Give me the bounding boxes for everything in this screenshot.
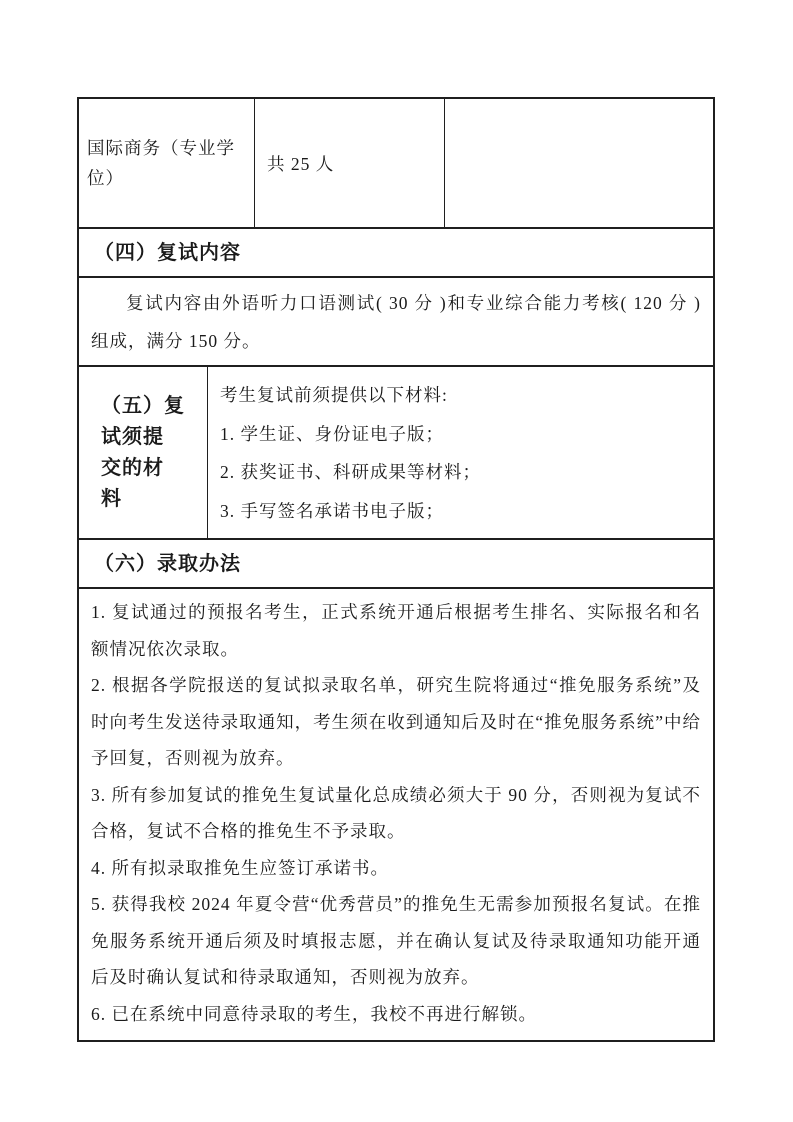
empty-cell (445, 99, 713, 227)
section5-item: 3. 手写签名承诺书电子版； (220, 492, 701, 531)
section6-item: 4. 所有拟录取推免生应签订承诺书。 (91, 850, 701, 887)
section4-body-row: 复试内容由外语听力口语测试( 30 分 )和专业综合能力考核( 120 分 ) … (79, 276, 713, 365)
section5-title: （五）复 试须提 交的材 料 (101, 391, 185, 515)
section6-item: 2. 根据各学院报送的复试拟录取名单，研究生院将通过“推免服务系统”及时向考生发… (91, 667, 701, 777)
section5-item: 1. 学生证、身份证电子版； (220, 415, 701, 454)
quota-cell: 共 25 人 (255, 99, 445, 227)
section5-title-cell: （五）复 试须提 交的材 料 (79, 367, 208, 538)
quota-value: 共 25 人 (267, 151, 334, 176)
section4-header-row: （四）复试内容 (79, 227, 713, 276)
section6-header-row: （六）录取办法 (79, 538, 713, 587)
section6-item: 3. 所有参加复试的推免生复试量化总成绩必须大于 90 分，否则视为复试不合格，… (91, 777, 701, 850)
section5-intro: 考生复试前须提供以下材料: (220, 376, 701, 415)
admissions-table: 国际商务（专业学位） 共 25 人 （四）复试内容 复试内容由外语听力口语测试(… (77, 97, 715, 1042)
section5-title-line: 料 (101, 484, 185, 515)
section5-title-line: 交的材 (101, 453, 185, 484)
program-name-cell: 国际商务（专业学位） (79, 99, 255, 227)
section6-item: 1. 复试通过的预报名考生，正式系统开通后根据考生排名、实际报名和名额情况依次录… (91, 594, 701, 667)
section6-item: 5. 获得我校 2024 年夏令营“优秀营员”的推免生无需参加预报名复试。在推免… (91, 886, 701, 996)
section5-item: 2. 获奖证书、科研成果等材料； (220, 453, 701, 492)
section5-content-cell: 考生复试前须提供以下材料: 1. 学生证、身份证电子版； 2. 获奖证书、科研成… (208, 367, 713, 538)
section5-title-line: 试须提 (101, 422, 185, 453)
section6-item: 6. 已在系统中同意待录取的考生，我校不再进行解锁。 (91, 996, 701, 1033)
section5-row: （五）复 试须提 交的材 料 考生复试前须提供以下材料: 1. 学生证、身份证电… (79, 365, 713, 538)
section6-title: （六）录取办法 (94, 553, 241, 575)
document-page: 国际商务（专业学位） 共 25 人 （四）复试内容 复试内容由外语听力口语测试(… (0, 0, 793, 1122)
program-name: 国际商务（专业学位） (87, 133, 246, 193)
section4-title: （四）复试内容 (94, 242, 241, 264)
quota-row: 国际商务（专业学位） 共 25 人 (79, 99, 713, 227)
section6-body-row: 1. 复试通过的预报名考生，正式系统开通后根据考生排名、实际报名和名额情况依次录… (79, 587, 713, 1040)
section5-title-line: （五）复 (101, 391, 185, 422)
section4-body-text: 复试内容由外语听力口语测试( 30 分 )和专业综合能力考核( 120 分 ) … (91, 284, 701, 360)
